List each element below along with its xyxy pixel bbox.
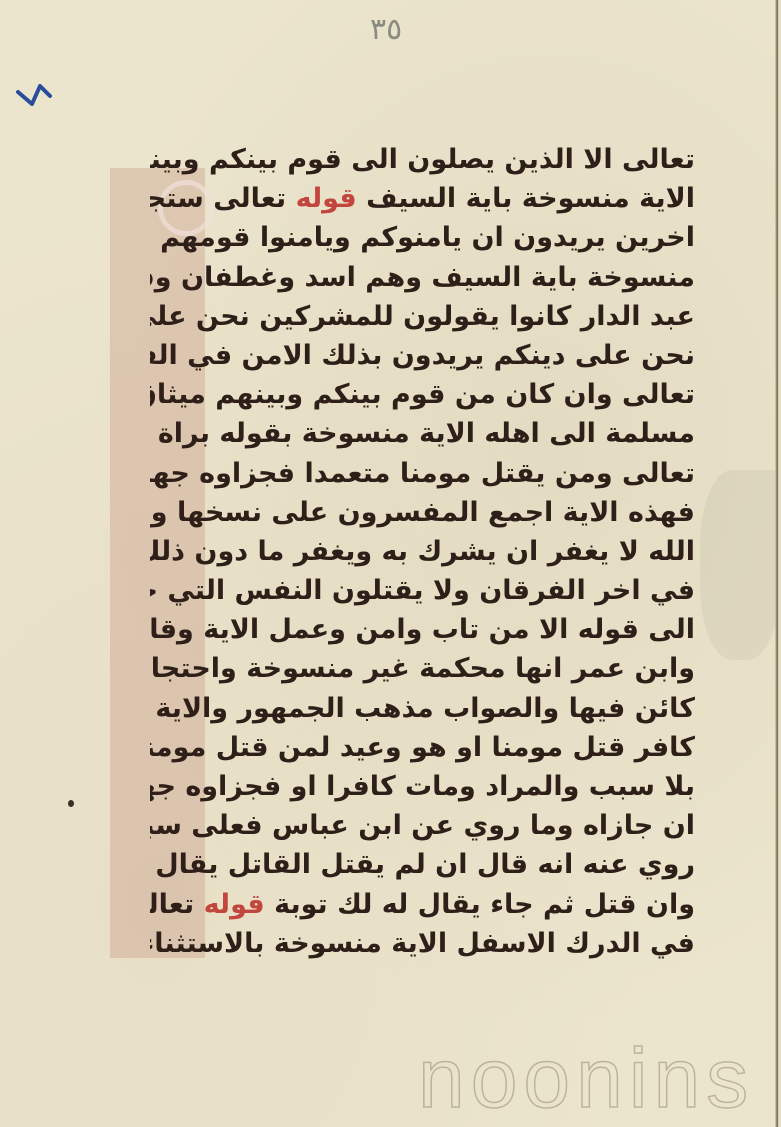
manuscript-line: كائن فيها والصواب مذهب الجمهور والاية نز… <box>150 689 695 728</box>
bleed-through-shape <box>700 470 780 660</box>
watermark: noonins <box>418 1030 754 1127</box>
line-text: الله لا يغفر ان يشرك به ويغفر ما دون ذلك… <box>150 536 695 567</box>
manuscript-line: في الدرك الاسفل الاية منسوخة بالاستثناء … <box>150 924 695 963</box>
ink-spot <box>68 800 74 807</box>
manuscript-line: الاية منسوخة باية السيف قوله تعالى ستجدو… <box>150 179 695 218</box>
folio-mark-icon <box>14 80 54 110</box>
line-text: مسلمة الى اهله الاية منسوخة بقوله براة م… <box>150 418 695 449</box>
manuscript-line: تعالى ومن يقتل مومنا متعمدا فجزاوه جهنم … <box>150 454 695 493</box>
line-text: كائن فيها والصواب مذهب الجمهور والاية نز… <box>150 693 695 724</box>
rubric-word: قوله <box>296 183 357 214</box>
manuscript-line: روي عنه انه قال ان لم يقتل القاتل يقال ل… <box>150 845 695 884</box>
line-text: وابن عمر انها محكمة غير منسوخة واحتجا با… <box>150 653 695 684</box>
line-text: تعالى ومن يقتل مومنا متعمدا فجزاوه جهنم … <box>150 458 695 489</box>
manuscript-line: وان قتل ثم جاء يقال له لك توبة قوله تعال… <box>150 885 695 924</box>
page-number: ٣٥ <box>370 12 402 47</box>
line-text: الى قوله الا من تاب وامن وعمل الاية وقال… <box>150 614 695 645</box>
manuscript-line: مسلمة الى اهله الاية منسوخة بقوله براة م… <box>150 414 695 453</box>
manuscript-line: الله لا يغفر ان يشرك به ويغفر ما دون ذلك… <box>150 532 695 571</box>
line-text: اخرين يريدون ان يامنوكم ويامنوا قومهم ال… <box>150 222 695 253</box>
manuscript-line: تعالى الا الذين يصلون الى قوم بينكم وبين… <box>150 140 695 179</box>
line-text: في اخر الفرقان ولا يقتلون النفس التي حرم… <box>150 575 695 606</box>
line-text: نحن على دينكم يريدون بذلك الامن في الفري… <box>150 340 695 371</box>
manuscript-page: ٣٥ تعالى الا الذين يصلون الى قوم بينكم و… <box>0 0 781 1127</box>
line-text: روي عنه انه قال ان لم يقتل القاتل يقال ل… <box>150 849 695 880</box>
manuscript-line: في اخر الفرقان ولا يقتلون النفس التي حرم… <box>150 571 695 610</box>
manuscript-line: تعالى وان كان من قوم بينكم وبينهم ميثاق … <box>150 375 695 414</box>
line-text: تعالى وان كان من قوم بينكم وبينهم ميثاق … <box>150 379 695 410</box>
line-text: الاية منسوخة باية السيف <box>357 183 695 214</box>
line-text: في الدرك الاسفل الاية منسوخة بالاستثناء … <box>150 928 695 959</box>
line-text: تعالى الا الذين يصلون الى قوم بينكم وبين… <box>150 144 695 175</box>
manuscript-text: تعالى الا الذين يصلون الى قوم بينكم وبين… <box>150 140 695 963</box>
line-text: منسوخة باية السيف وهم اسد وغطفان وقيل بن… <box>150 262 695 293</box>
line-text: كافر قتل مومنا او هو وعيد لمن قتل مومنا … <box>150 732 695 763</box>
manuscript-line: وابن عمر انها محكمة غير منسوخة واحتجا با… <box>150 649 695 688</box>
line-text: عبد الدار كانوا يقولون للمشركين نحن على … <box>150 301 695 332</box>
line-text: فهذه الاية اجمع المفسرون على نسخها وناسخ… <box>150 497 695 528</box>
manuscript-line: بلا سبب والمراد ومات كافرا او فجزاوه جهن… <box>150 767 695 806</box>
line-text: وان قتل ثم جاء يقال له لك توبة <box>265 889 695 920</box>
line-text: تعالى ستجدون <box>150 183 296 214</box>
manuscript-line: الى قوله الا من تاب وامن وعمل الاية وقال… <box>150 610 695 649</box>
manuscript-line: اخرين يريدون ان يامنوكم ويامنوا قومهم ال… <box>150 218 695 257</box>
manuscript-line: كافر قتل مومنا او هو وعيد لمن قتل مومنا … <box>150 728 695 767</box>
rubric-word: قوله <box>204 889 265 920</box>
line-text: بلا سبب والمراد ومات كافرا او فجزاوه جهن… <box>150 771 695 802</box>
line-text: تعالى ان المنافقين <box>150 889 204 920</box>
line-text: ان جازاه وما روي عن ابن عباس فعلى سبيل ا… <box>150 810 695 841</box>
manuscript-line: فهذه الاية اجمع المفسرون على نسخها وناسخ… <box>150 493 695 532</box>
manuscript-line: عبد الدار كانوا يقولون للمشركين نحن على … <box>150 297 695 336</box>
manuscript-line: نحن على دينكم يريدون بذلك الامن في الفري… <box>150 336 695 375</box>
manuscript-line: منسوخة باية السيف وهم اسد وغطفان وقيل بن… <box>150 258 695 297</box>
manuscript-line: ان جازاه وما روي عن ابن عباس فعلى سبيل ا… <box>150 806 695 845</box>
page-edge <box>775 0 781 1127</box>
